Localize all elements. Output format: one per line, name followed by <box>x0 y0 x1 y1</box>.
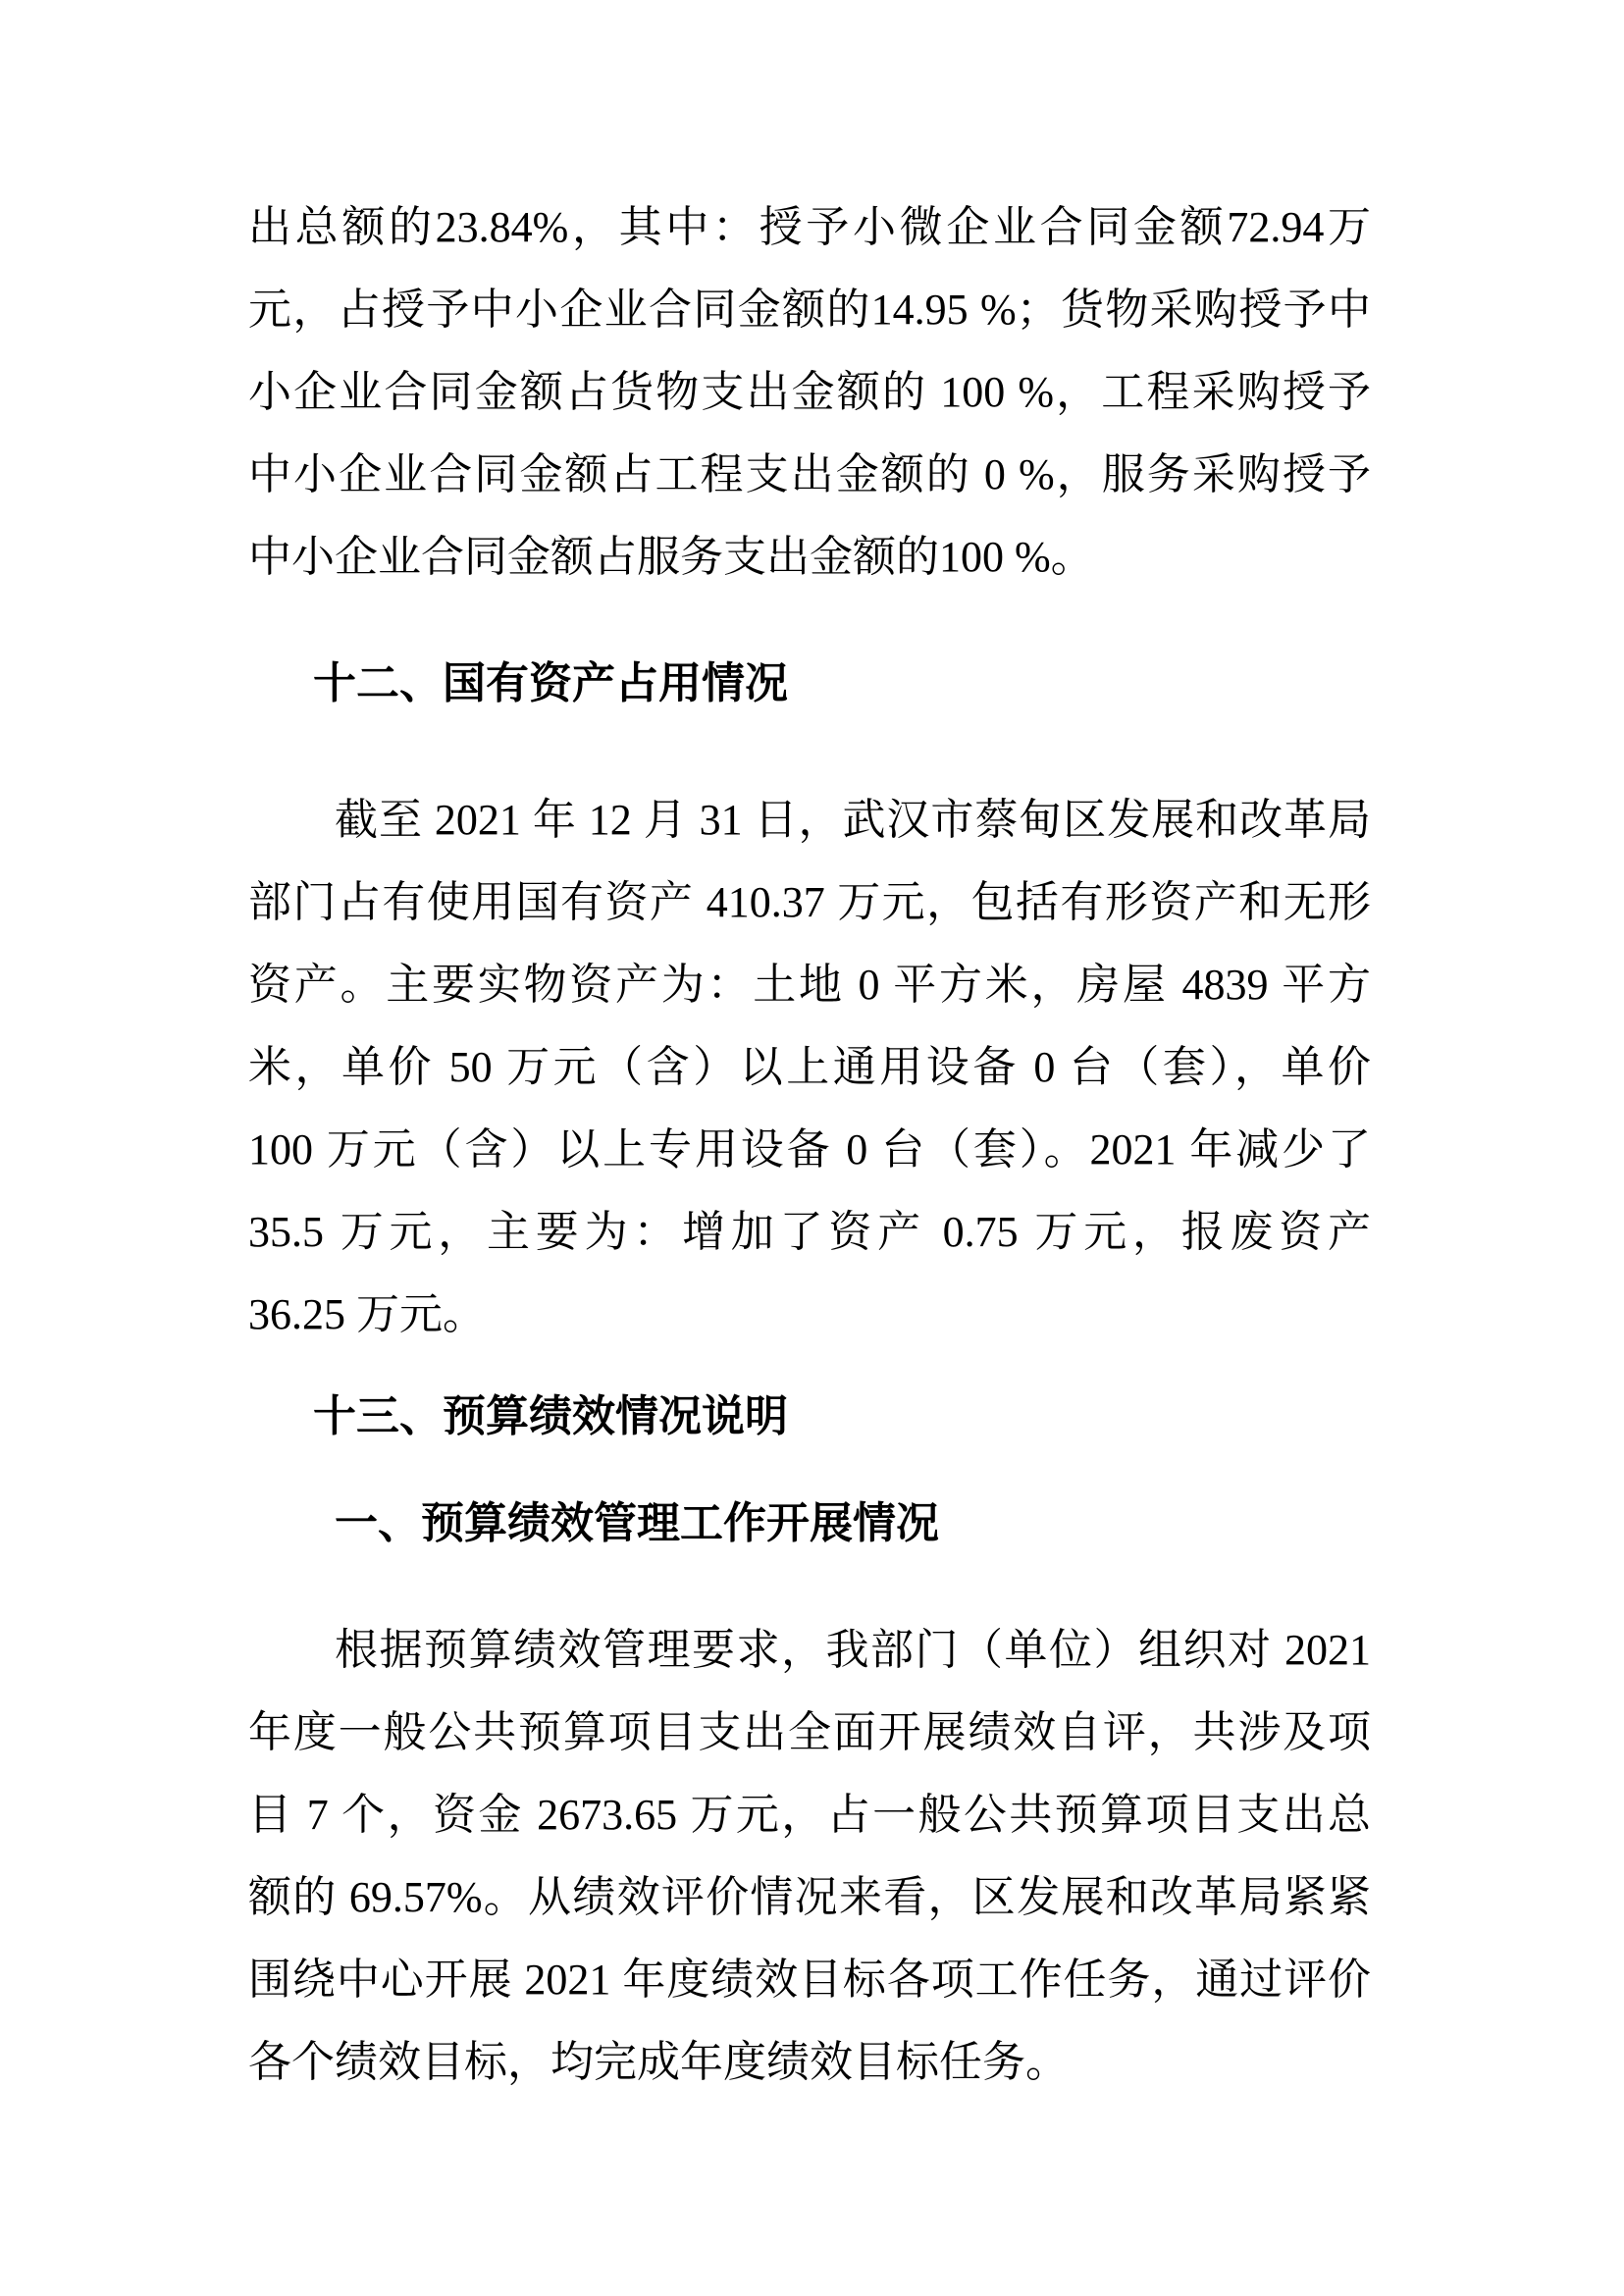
text-line: 出总额的23.84%，其中：授予小微企业合同金额72.94万 <box>248 186 1371 269</box>
text-line: 各个绩效目标，均完成年度绩效目标任务。 <box>248 2021 1371 2104</box>
heading-section-13-budget-performance: 十三、预算绩效情况说明 <box>248 1376 1371 1458</box>
paragraph-performance-evaluation: 根据预算绩效管理要求，我部门（单位）组织对 2021 年度一般公共预算项目支出全… <box>248 1609 1371 2104</box>
text-line: 36.25 万元。 <box>248 1274 1371 1356</box>
text-line: 元，占授予中小企业合同金额的14.95 %；货物采购授予中 <box>248 269 1371 351</box>
paragraph-state-assets: 截至 2021 年 12 月 31 日，武汉市蔡甸区发展和改革局 部门占有使用国… <box>248 779 1371 1356</box>
text-line: 额的 69.57%。从绩效评价情况来看，区发展和改革局紧紧 <box>248 1856 1371 1939</box>
text-line: 中小企业合同金额占工程支出金额的 0 %，服务采购授予 <box>248 434 1371 516</box>
text-line: 部门占有使用国有资产 410.37 万元，包括有形资产和无形 <box>248 861 1371 944</box>
text-line: 资产。主要实物资产为：土地 0 平方米，房屋 4839 平方 <box>248 944 1371 1026</box>
paragraph-smb-procurement: 出总额的23.84%，其中：授予小微企业合同金额72.94万 元，占授予中小企业… <box>248 186 1371 599</box>
heading-subsection-1-performance-management: 一、预算绩效管理工作开展情况 <box>248 1483 1371 1565</box>
text-line: 年度一般公共预算项目支出全面开展绩效自评，共涉及项 <box>248 1692 1371 1774</box>
text-line: 35.5 万元，主要为：增加了资产 0.75 万元，报废资产 <box>248 1191 1371 1274</box>
text-line: 截至 2021 年 12 月 31 日，武汉市蔡甸区发展和改革局 <box>248 779 1371 861</box>
text-line: 中小企业合同金额占服务支出金额的100 %。 <box>248 516 1371 599</box>
document-page: 出总额的23.84%，其中：授予小微企业合同金额72.94万 元，占授予中小企业… <box>0 0 1624 2296</box>
text-line: 根据预算绩效管理要求，我部门（单位）组织对 2021 <box>248 1609 1371 1692</box>
text-line: 100 万元（含）以上专用设备 0 台（套）。2021 年减少了 <box>248 1109 1371 1191</box>
text-line: 围绕中心开展 2021 年度绩效目标各项工作任务，通过评价 <box>248 1939 1371 2021</box>
text-line: 目 7 个，资金 2673.65 万元，占一般公共预算项目支出总 <box>248 1774 1371 1856</box>
text-line: 米，单价 50 万元（含）以上通用设备 0 台（套），单价 <box>248 1026 1371 1109</box>
text-line: 小企业合同金额占货物支出金额的 100 %，工程采购授予 <box>248 351 1371 434</box>
heading-section-12-state-assets: 十二、国有资产占用情况 <box>248 643 1371 725</box>
